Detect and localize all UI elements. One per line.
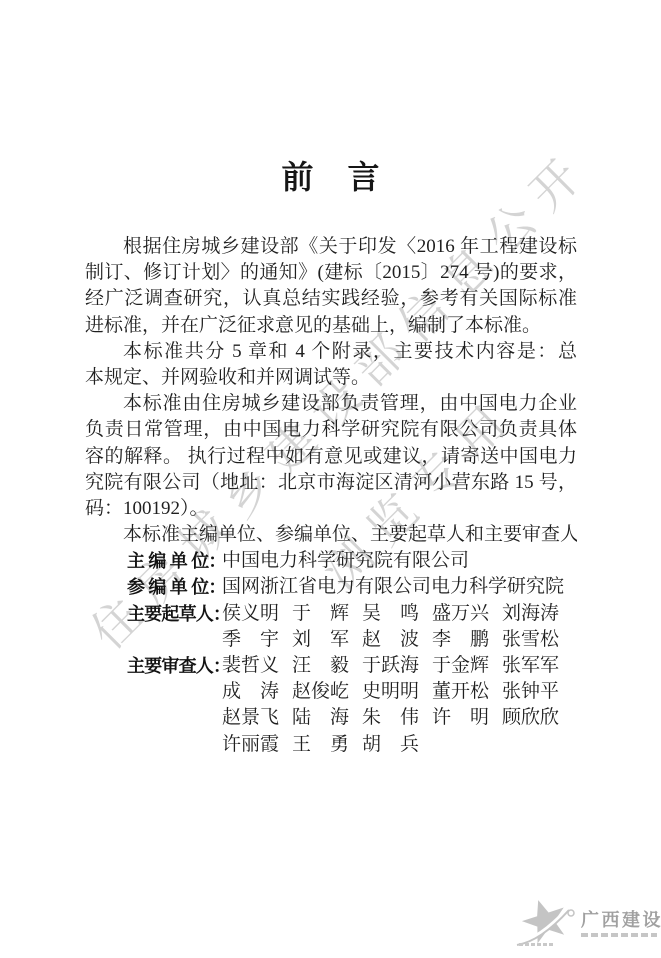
drafter-name: 盛万兴 — [432, 601, 494, 627]
drafter-name: 赵 波 — [362, 627, 424, 653]
reviewer-name: 许 明 — [432, 705, 494, 731]
page-title: 前 言 — [85, 157, 577, 197]
reviewer-name: 张钟平 — [502, 679, 564, 705]
paragraph-line: 进标准，并在广泛征求意见的基础上，编制了本标准。 — [85, 313, 577, 339]
paragraph-line: 本标准由住房城乡建设部负责管理，由中国电力企业联合会 — [85, 391, 577, 417]
reviewer-name: 王 勇 — [292, 732, 354, 758]
logo-star-microtext — [519, 943, 555, 946]
reviewer-name: 汪 毅 — [292, 653, 354, 679]
logo-text-column: 广西建设网 — [581, 897, 661, 937]
reviewers-label: 主要审查人： — [127, 653, 222, 679]
logo-name: 广西建设网 — [581, 910, 661, 930]
paragraph-line: 根据住房城乡建设部《关于印发〈2016 年工程建设标准规范 — [85, 234, 577, 260]
drafters-row: 季 宇刘 军赵 波李 鹏张雪松 — [85, 627, 577, 653]
reviewers-row: 许丽霞王 勇胡 兵 — [85, 732, 577, 758]
paragraph-line: 究院有限公司（地址：北京市海淀区清河小营东路 15 号，邮政编 — [85, 470, 577, 496]
drafter-name: 李 鹏 — [432, 627, 494, 653]
reviewer-name: 史明明 — [362, 679, 424, 705]
drafters-row: 主要起草人：侯义明于 辉吴 鸣盛万兴刘海涛 — [85, 601, 577, 627]
chief-editor-value: 中国电力科学研究院有限公司 — [222, 550, 469, 571]
reviewer-name: 于跃海 — [362, 653, 424, 679]
chief-editor-label: 主 编 单 位： — [127, 548, 222, 574]
drafters-label: 主要起草人： — [127, 601, 222, 627]
drafter-name: 吴 鸣 — [362, 601, 424, 627]
paragraph-line: 本标准共分 5 章和 4 个附录，主要技术内容是：总则、术语、基 — [85, 339, 577, 365]
paragraph-line: 经广泛调查研究，认真总结实践经验，参考有关国际标准和国外先 — [85, 286, 577, 312]
reviewer-name: 胡 兵 — [362, 732, 424, 758]
roster-intro-line: 本标准主编单位、参编单位、主要起草人和主要审查人： — [85, 522, 577, 548]
paragraph-line: 码：100192）。 — [85, 496, 577, 522]
drafter-name: 张雪松 — [502, 627, 564, 653]
reviewer-name: 顾欣欣 — [502, 705, 564, 731]
paragraph-line: 制订、修订计划〉的通知》(建标〔2015〕274 号)的要求，标准编制组 — [85, 260, 577, 286]
co-editor-label: 参 编 单 位： — [127, 574, 222, 600]
drafter-name: 刘海涛 — [502, 601, 564, 627]
reviewer-name: 赵景飞 — [222, 705, 284, 731]
gxcic-logo: 广西建设网 — [515, 897, 661, 952]
preface-body: 根据住房城乡建设部《关于印发〈2016 年工程建设标准规范 制订、修订计划〉的通… — [85, 234, 577, 758]
reviewers-row: 主要审查人：裴哲义汪 毅于跃海于金辉张军军 — [85, 653, 577, 679]
drafter-name: 季 宇 — [222, 627, 284, 653]
drafter-name: 于 辉 — [292, 601, 354, 627]
document-page: 住房城乡建设部信息公开 浏览专用 前 言 根据住房城乡建设部《关于印发〈2016… — [0, 0, 661, 958]
orbit-dot-icon — [568, 910, 574, 916]
logo-star-wrap — [515, 897, 577, 954]
reviewer-name: 裴哲义 — [222, 653, 284, 679]
reviewer-name: 赵俊屹 — [292, 679, 354, 705]
drafter-name: 刘 军 — [292, 627, 354, 653]
co-editor-value: 国网浙江省电力有限公司电力科学研究院 — [222, 576, 564, 597]
reviewers-row: 赵景飞陆 海朱 伟许 明顾欣欣 — [85, 705, 577, 731]
reviewer-name: 成 涛 — [222, 679, 284, 705]
chief-editor-row: 主 编 单 位：中国电力科学研究院有限公司 — [85, 548, 577, 574]
logo-tagline-microtext — [581, 933, 657, 937]
paragraph-line: 容的解释。 执行过程中如有意见或建议，请寄送中国电力科学研 — [85, 444, 577, 470]
star-icon — [515, 897, 577, 949]
reviewer-name: 朱 伟 — [362, 705, 424, 731]
reviewer-name: 张军军 — [502, 653, 564, 679]
reviewer-name: 于金辉 — [432, 653, 494, 679]
reviewer-name: 许丽霞 — [222, 732, 284, 758]
reviewer-name: 陆 海 — [292, 705, 354, 731]
paragraph-line: 本规定、并网验收和并网调试等。 — [85, 365, 577, 391]
co-editor-row: 参 编 单 位：国网浙江省电力有限公司电力科学研究院 — [85, 574, 577, 600]
reviewers-row: 成 涛赵俊屹史明明董开松张钟平 — [85, 679, 577, 705]
reviewer-name: 董开松 — [432, 679, 494, 705]
paragraph-line: 负责日常管理，由中国电力科学研究院有限公司负责具体技术内 — [85, 417, 577, 443]
drafter-name: 侯义明 — [222, 601, 284, 627]
